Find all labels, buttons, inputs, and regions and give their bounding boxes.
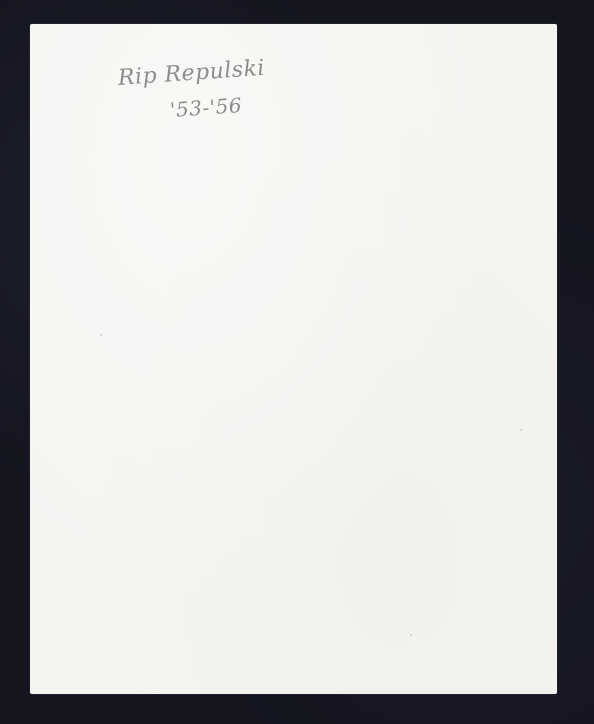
handwritten-name: Rip Repulski	[117, 56, 266, 91]
paper-speck	[100, 334, 102, 336]
paper-speck	[520, 429, 522, 431]
photo-back-paper: Rip Repulski '53-'56	[30, 24, 557, 694]
handwritten-years: '53-'56	[169, 93, 243, 122]
paper-speck	[410, 634, 412, 636]
